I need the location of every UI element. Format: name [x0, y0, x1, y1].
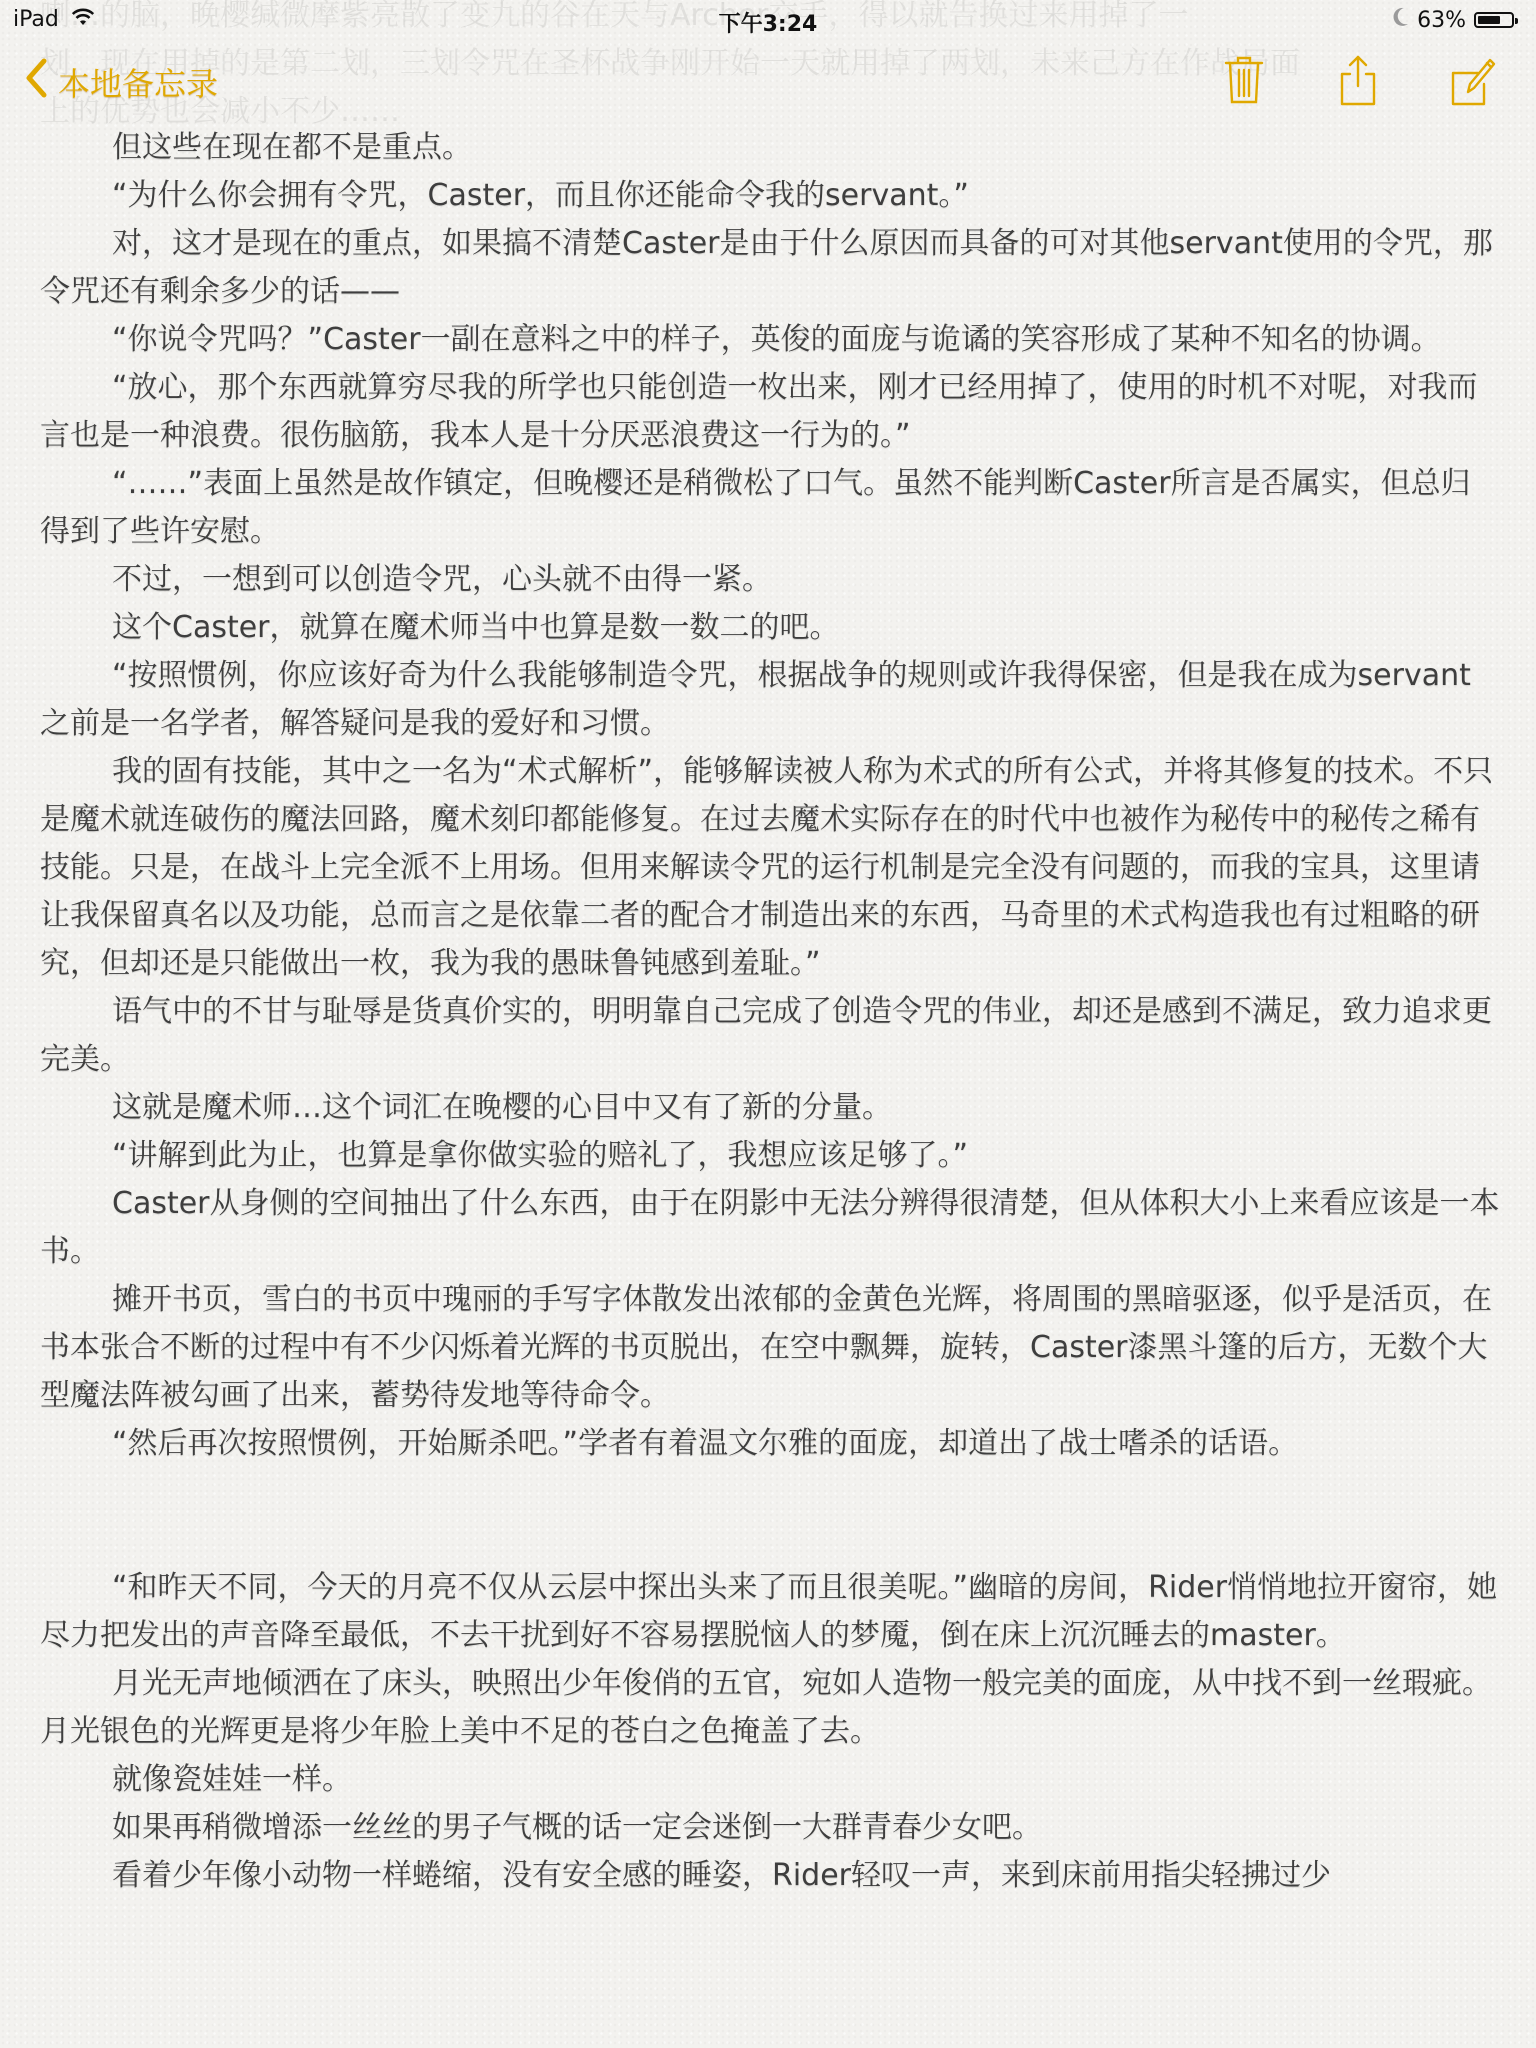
trash-button[interactable]: [1220, 54, 1268, 106]
paragraph: “……”表面上虽然是故作镇定，但晚樱还是稍微松了口气。虽然不能判断Caster所…: [40, 460, 1500, 556]
battery-icon: [1474, 12, 1514, 28]
trash-icon: [1220, 54, 1268, 106]
back-label: 本地备忘录: [58, 59, 218, 105]
paragraph: 这个Caster，就算在魔术师当中也算是数一数二的吧。: [40, 604, 1500, 652]
share-button[interactable]: [1334, 54, 1382, 106]
back-button[interactable]: 本地备忘录: [24, 58, 218, 106]
paragraph: “然后再次按照惯例，开始厮杀吧。”学者有着温文尔雅的面庞，却道出了战士嗜杀的话语…: [40, 1420, 1500, 1468]
status-bar: iPad 下午3:24 63%: [0, 0, 1536, 40]
paragraph: 摊开书页，雪白的书页中瑰丽的手写字体散发出浓郁的金黄色光辉，将周围的黑暗驱逐，似…: [40, 1276, 1500, 1420]
status-right: 63%: [1393, 7, 1514, 33]
paragraph: 对，这才是现在的重点，如果搞不清楚Caster是由于什么原因而具备的可对其他se…: [40, 220, 1500, 316]
paragraph: “为什么你会拥有令咒，Caster，而且你还能命令我的servant。”: [40, 172, 1500, 220]
compose-button[interactable]: [1448, 54, 1496, 106]
paragraph: 语气中的不甘与耻辱是货真价实的，明明靠自己完成了创造令咒的伟业，却还是感到不满足…: [40, 988, 1500, 1084]
note-body[interactable]: 但这些在现在都不是重点。 “为什么你会拥有令咒，Caster，而且你还能命令我的…: [40, 124, 1500, 1900]
paragraph: 如果再稍微增添一丝丝的男子气概的话一定会迷倒一大群青春少女吧。: [40, 1804, 1500, 1852]
paragraph: “讲解到此为止，也算是拿你做实验的赔礼了，我想应该足够了。”: [40, 1132, 1500, 1180]
paragraph: 这就是魔术师…这个词汇在晚樱的心目中又有了新的分量。: [40, 1084, 1500, 1132]
paragraph: “和昨天不同，今天的月亮不仅从云层中探出头来了而且很美呢。”幽暗的房间，Ride…: [40, 1564, 1500, 1660]
chevron-left-icon: [24, 58, 48, 106]
paragraph: “放心，那个东西就算穷尽我的所学也只能创造一枚出来，刚才已经用掉了，使用的时机不…: [40, 364, 1500, 460]
paragraph: “按照惯例，你应该好奇为什么我能够制造令咒，根据战争的规则或许我得保密，但是我在…: [40, 652, 1500, 748]
clock: 下午3:24: [0, 7, 1536, 38]
paragraph: 但这些在现在都不是重点。: [40, 124, 1500, 172]
paragraph: “你说令咒吗？”Caster一副在意料之中的样子，英俊的面庞与诡谲的笑容形成了某…: [40, 316, 1500, 364]
blank-lines: [40, 1468, 1500, 1564]
battery-fill: [1478, 16, 1500, 24]
nav-bar: 本地备忘录: [0, 40, 1536, 120]
battery-tip: [1515, 18, 1518, 24]
paragraph: 就像瓷娃娃一样。: [40, 1756, 1500, 1804]
paragraph: 我的固有技能，其中之一名为“术式解析”，能够解读被人称为术式的所有公式，并将其修…: [40, 748, 1500, 988]
paragraph: 月光无声地倾洒在了床头，映照出少年俊俏的五官，宛如人造物一般完美的面庞，从中找不…: [40, 1660, 1500, 1756]
share-icon: [1334, 54, 1382, 106]
paragraph: 看着少年像小动物一样蜷缩，没有安全感的睡姿，Rider轻叹一声，来到床前用指尖轻…: [40, 1852, 1500, 1900]
compose-icon: [1448, 54, 1496, 106]
paragraph: Caster从身侧的空间抽出了什么东西，由于在阴影中无法分辨得很清楚，但从体积大…: [40, 1180, 1500, 1276]
moon-icon: [1393, 7, 1409, 33]
paragraph: 不过，一想到可以创造令咒，心头就不由得一紧。: [40, 556, 1500, 604]
battery-percent: 63%: [1417, 8, 1466, 33]
